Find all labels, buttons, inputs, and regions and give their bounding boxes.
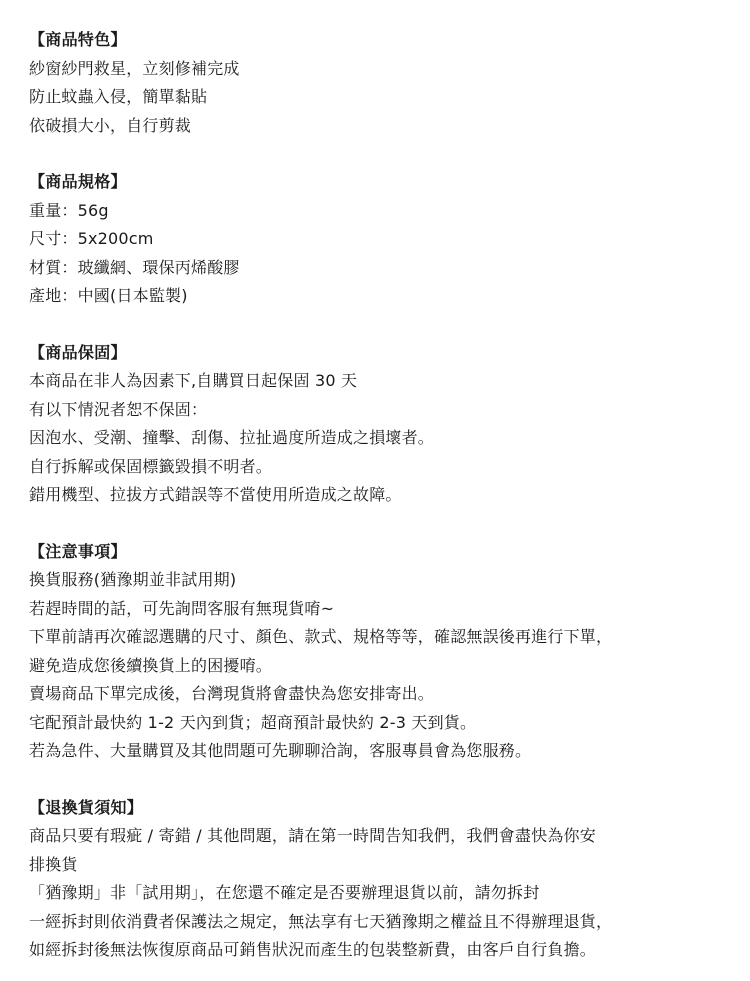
spec-weight: 重量：56g xyxy=(29,197,750,226)
text-line: 如經拆封後無法恢復原商品可銷售狀況而產生的包裝整新費，由客戶自行負擔。 xyxy=(29,936,750,965)
section-heading-features: 【商品特色】 xyxy=(29,26,750,55)
text-line: 紗窗紗門救星，立刻修補完成 xyxy=(29,55,750,84)
text-line: 自行拆解或保固標籤毀損不明者。 xyxy=(29,453,750,482)
text-line: 商品只要有瑕疵 / 寄錯 / 其他問題，請在第一時間告知我們，我們會盡快為你安 xyxy=(29,822,750,851)
text-line: 一經拆封則依消費者保護法之規定，無法享有七天猶豫期之權益且不得辦理退貨， xyxy=(29,908,750,937)
section-heading-returns: 【退換貨須知】 xyxy=(29,794,750,823)
text-line: 若趕時間的話，可先詢問客服有無現貨唷~ xyxy=(29,595,750,624)
section-heading-warranty: 【商品保固】 xyxy=(29,339,750,368)
product-description-document: 【商品特色】 紗窗紗門救星，立刻修補完成 防止蚊蟲入侵，簡單黏貼 依破損大小，自… xyxy=(0,0,750,965)
text-line: 換貨服務(猶豫期並非試用期) xyxy=(29,566,750,595)
text-line: 下單前請再次確認選購的尺寸、顏色、款式、規格等等，確認無誤後再進行下單， xyxy=(29,623,750,652)
section-heading-specifications: 【商品規格】 xyxy=(29,168,750,197)
section-warranty: 【商品保固】 本商品在非人為因素下,自購買日起保固 30 天 有以下情況者恕不保… xyxy=(29,339,750,510)
section-heading-notes: 【注意事項】 xyxy=(29,538,750,567)
spec-size: 尺寸：5x200cm xyxy=(29,225,750,254)
section-specifications: 【商品規格】 重量：56g 尺寸：5x200cm 材質：玻纖網、環保丙烯酸膠 產… xyxy=(29,168,750,311)
text-line: 有以下情況者恕不保固： xyxy=(29,396,750,425)
text-line: 防止蚊蟲入侵，簡單黏貼 xyxy=(29,83,750,112)
text-line: 錯用機型、拉拔方式錯誤等不當使用所造成之故障。 xyxy=(29,481,750,510)
text-line: 若為急件、大量購買及其他問題可先聊聊洽詢，客服專員會為您服務。 xyxy=(29,737,750,766)
text-line: 排換貨 xyxy=(29,851,750,880)
text-line: 賣場商品下單完成後，台灣現貨將會盡快為您安排寄出。 xyxy=(29,680,750,709)
section-returns: 【退換貨須知】 商品只要有瑕疵 / 寄錯 / 其他問題，請在第一時間告知我們，我… xyxy=(29,794,750,965)
text-line: 本商品在非人為因素下,自購買日起保固 30 天 xyxy=(29,367,750,396)
section-notes: 【注意事項】 換貨服務(猶豫期並非試用期) 若趕時間的話，可先詢問客服有無現貨唷… xyxy=(29,538,750,766)
text-line: 「猶豫期」非「試用期」，在您還不確定是否要辦理退貨以前，請勿拆封 xyxy=(29,879,750,908)
text-line: 宅配預計最快約 1-2 天內到貨；超商預計最快約 2-3 天到貨。 xyxy=(29,709,750,738)
text-line: 避免造成您後續換貨上的困擾唷。 xyxy=(29,652,750,681)
section-features: 【商品特色】 紗窗紗門救星，立刻修補完成 防止蚊蟲入侵，簡單黏貼 依破損大小，自… xyxy=(29,26,750,140)
text-line: 依破損大小，自行剪裁 xyxy=(29,112,750,141)
text-line: 因泡水、受潮、撞擊、刮傷、拉扯過度所造成之損壞者。 xyxy=(29,424,750,453)
spec-origin: 產地：中國(日本監製) xyxy=(29,282,750,311)
spec-material: 材質：玻纖網、環保丙烯酸膠 xyxy=(29,254,750,283)
